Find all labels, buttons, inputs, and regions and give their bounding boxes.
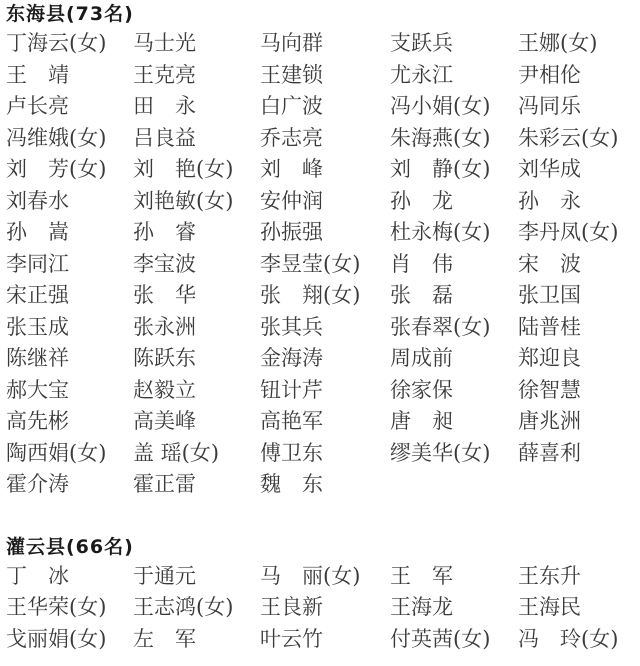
name-entry: 马士光 [133, 28, 260, 60]
name-entry: 张玉成 [6, 312, 133, 344]
name-entry: 王建锁 [260, 60, 390, 92]
name-entry: 肖 伟 [390, 249, 518, 281]
name-entry: 王 靖 [6, 60, 133, 92]
name-entry: 刘 芳(女) [6, 154, 133, 186]
name-entry: 王克亮 [133, 60, 260, 92]
name-entry: 刘艳敏(女) [133, 186, 260, 218]
name-entry: 冯小娟(女) [390, 91, 518, 123]
name-entry: 郝大宝 [6, 375, 133, 407]
name-entry: 付英茜(女) [390, 624, 518, 656]
name-entry: 郑迎良 [518, 343, 640, 375]
name-entry: 徐智慧 [518, 375, 640, 407]
name-entry: 宋正强 [6, 280, 133, 312]
name-entry: 金海涛 [260, 343, 390, 375]
name-entry: 孙 龙 [390, 186, 518, 218]
name-entry: 卢长亮 [6, 91, 133, 123]
name-entry: 缪美华(女) [390, 438, 518, 470]
name-entry: 徐家保 [390, 375, 518, 407]
section-gap [6, 501, 640, 533]
name-entry: 陆普桂 [518, 312, 640, 344]
name-entry: 孙 永 [518, 186, 640, 218]
name-entry: 张卫国 [518, 280, 640, 312]
name-entry: 盖 瑶(女) [133, 438, 260, 470]
name-entry: 唐兆洲 [518, 406, 640, 438]
name-entry: 刘 艳(女) [133, 154, 260, 186]
name-entry: 孙 睿 [133, 217, 260, 249]
name-entry: 丁海云(女) [6, 28, 133, 60]
name-entry: 李同江 [6, 249, 133, 281]
name-entry: 陶西娟(女) [6, 438, 133, 470]
name-entry: 尹相伦 [518, 60, 640, 92]
name-entry: 杜永梅(女) [390, 217, 518, 249]
name-entry: 张春翠(女) [390, 312, 518, 344]
name-entry: 王东升 [518, 561, 640, 593]
name-entry: 冯 玲(女) [518, 624, 640, 656]
name-entry: 马向群 [260, 28, 390, 60]
name-entry: 陈继祥 [6, 343, 133, 375]
name-entry: 刘华成 [518, 154, 640, 186]
name-entry: 宋 波 [518, 249, 640, 281]
name-entry: 朱海燕(女) [390, 123, 518, 155]
name-entry: 张 磊 [390, 280, 518, 312]
name-entry: 刘 峰 [260, 154, 390, 186]
name-entry: 王志鸿(女) [133, 592, 260, 624]
name-entry: 孙振强 [260, 217, 390, 249]
name-grid-donghai: 丁海云(女)马士光马向群支跃兵王娜(女)王 靖王克亮王建锁尤永江尹相伦卢长亮田 … [6, 28, 640, 501]
name-entry: 王良新 [260, 592, 390, 624]
name-entry: 薛喜利 [518, 438, 640, 470]
name-entry: 周成前 [390, 343, 518, 375]
name-entry: 李丹凤(女) [518, 217, 640, 249]
section-title-guanyun: 灌云县(66名) [6, 533, 640, 561]
name-entry: 田 永 [133, 91, 260, 123]
name-entry: 李宝波 [133, 249, 260, 281]
name-entry: 于通元 [133, 561, 260, 593]
name-grid-guanyun: 丁 冰于通元马 丽(女)王 军王东升王华荣(女)王志鸿(女)王良新王海龙王海民戈… [6, 561, 640, 656]
name-list-document: 东海县(73名) 丁海云(女)马士光马向群支跃兵王娜(女)王 靖王克亮王建锁尤永… [0, 0, 640, 655]
name-entry: 左 军 [133, 624, 260, 656]
name-entry: 安仲润 [260, 186, 390, 218]
name-entry: 支跃兵 [390, 28, 518, 60]
name-entry: 霍正雷 [133, 469, 260, 501]
name-entry: 冯同乐 [518, 91, 640, 123]
name-entry: 张 翔(女) [260, 280, 390, 312]
name-entry: 王海龙 [390, 592, 518, 624]
name-entry: 刘春水 [6, 186, 133, 218]
name-entry: 冯维娥(女) [6, 123, 133, 155]
section-title-donghai: 东海县(73名) [6, 0, 640, 28]
name-entry: 马 丽(女) [260, 561, 390, 593]
name-entry: 霍介涛 [6, 469, 133, 501]
name-entry: 高先彬 [6, 406, 133, 438]
name-entry: 刘 静(女) [390, 154, 518, 186]
name-entry: 张永洲 [133, 312, 260, 344]
name-entry: 王 军 [390, 561, 518, 593]
name-entry: 朱彩云(女) [518, 123, 640, 155]
name-entry: 张 华 [133, 280, 260, 312]
name-entry: 赵毅立 [133, 375, 260, 407]
name-entry: 魏 东 [260, 469, 390, 501]
name-entry: 傅卫东 [260, 438, 390, 470]
name-entry: 李昱莹(女) [260, 249, 390, 281]
name-entry: 戈丽娟(女) [6, 624, 133, 656]
name-entry: 王娜(女) [518, 28, 640, 60]
name-entry: 高艳军 [260, 406, 390, 438]
name-entry: 尤永江 [390, 60, 518, 92]
name-entry: 张其兵 [260, 312, 390, 344]
name-entry: 高美峰 [133, 406, 260, 438]
name-entry: 王华荣(女) [6, 592, 133, 624]
name-entry: 孙 嵩 [6, 217, 133, 249]
name-entry: 王海民 [518, 592, 640, 624]
name-entry: 钮计芹 [260, 375, 390, 407]
name-entry: 白广波 [260, 91, 390, 123]
name-entry: 乔志亮 [260, 123, 390, 155]
name-entry: 叶云竹 [260, 624, 390, 656]
name-entry: 丁 冰 [6, 561, 133, 593]
name-entry: 陈跃东 [133, 343, 260, 375]
name-entry: 唐 昶 [390, 406, 518, 438]
name-entry: 吕良益 [133, 123, 260, 155]
